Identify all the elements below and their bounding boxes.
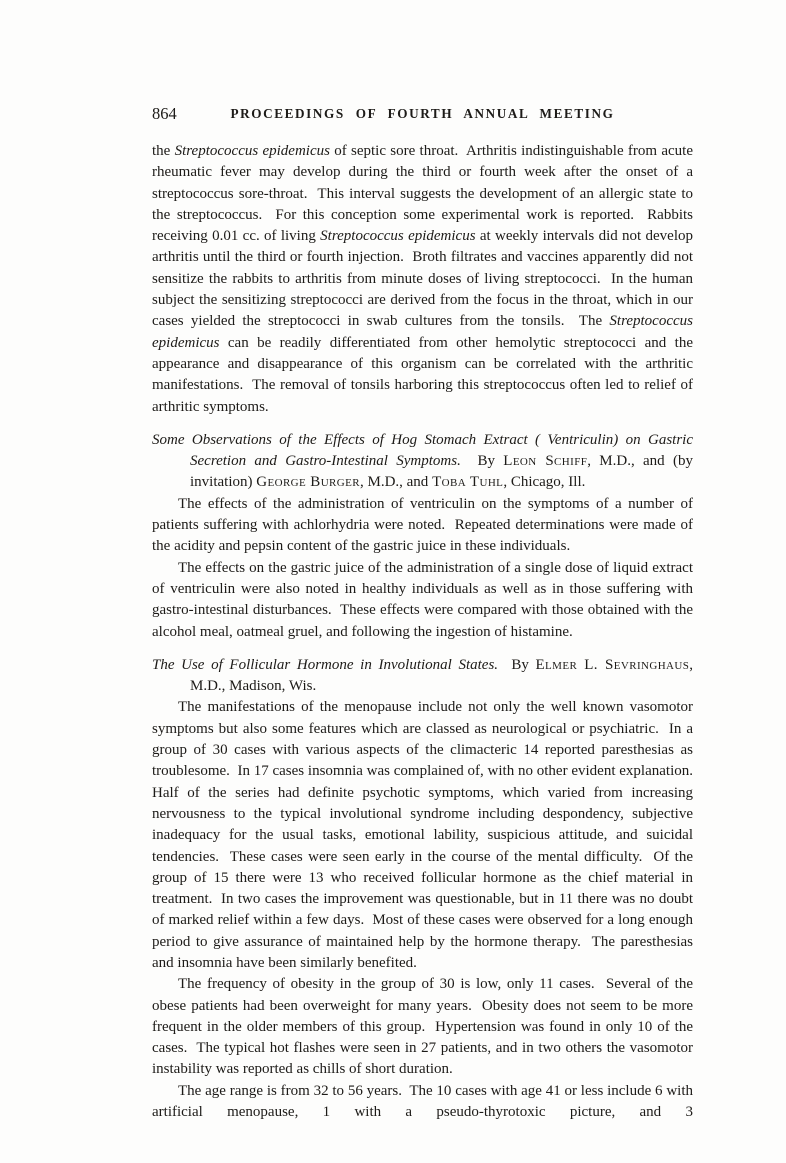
text-run: The age range is from 32 to 56 years. Th… [152,1083,697,1120]
italic-text-run: Streptococcus epidemicus [175,143,330,159]
text-run: The effects on the gastric juice of the … [152,560,697,640]
smallcaps-name-run: Leon Schiff [503,453,587,469]
paragraph: The manifestations of the menopause incl… [152,697,693,974]
smallcaps-name-run: Toba Tuhl [432,474,503,490]
text-run: the [152,143,175,159]
paragraph: The effects on the gastric juice of the … [152,558,693,643]
text-run: By [498,657,535,673]
text-run: , Chicago, Ill. [503,474,585,490]
text-run: can be readily differentiated from other… [152,335,697,415]
paragraph: The age range is from 32 to 56 years. Th… [152,1081,693,1124]
italic-text-run: The Use of Follicular Hormone in Involut… [152,657,498,673]
text-run: The manifestations of the menopause incl… [152,699,701,971]
text-run: , M.D., and [360,474,432,490]
text-run: The frequency of obesity in the group of… [152,976,697,1077]
text-run: By [461,453,503,469]
page-number: 864 [152,104,177,123]
text-run: The effects of the administration of ven… [152,496,697,555]
paragraph: the Streptococcus epidemicus of septic s… [152,141,693,418]
section-heading: The Use of Follicular Hormone in Involut… [152,655,693,698]
paragraph: The frequency of obesity in the group of… [152,974,693,1080]
smallcaps-name-run: George Burger [256,474,360,490]
smallcaps-name-run: Elmer L. Sevringhaus [535,657,689,673]
running-title: PROCEEDINGS OF FOURTH ANNUAL MEETING [152,104,693,123]
scanned-page: 864 PROCEEDINGS OF FOURTH ANNUAL MEETING… [0,0,786,1163]
section-heading: Some Observations of the Effects of Hog … [152,430,693,494]
italic-text-run: Streptococcus epidemicus [320,228,475,244]
paragraph: The effects of the administration of ven… [152,494,693,558]
page-header: 864 PROCEEDINGS OF FOURTH ANNUAL MEETING [152,104,693,123]
page-body: the Streptococcus epidemicus of septic s… [152,141,693,1123]
